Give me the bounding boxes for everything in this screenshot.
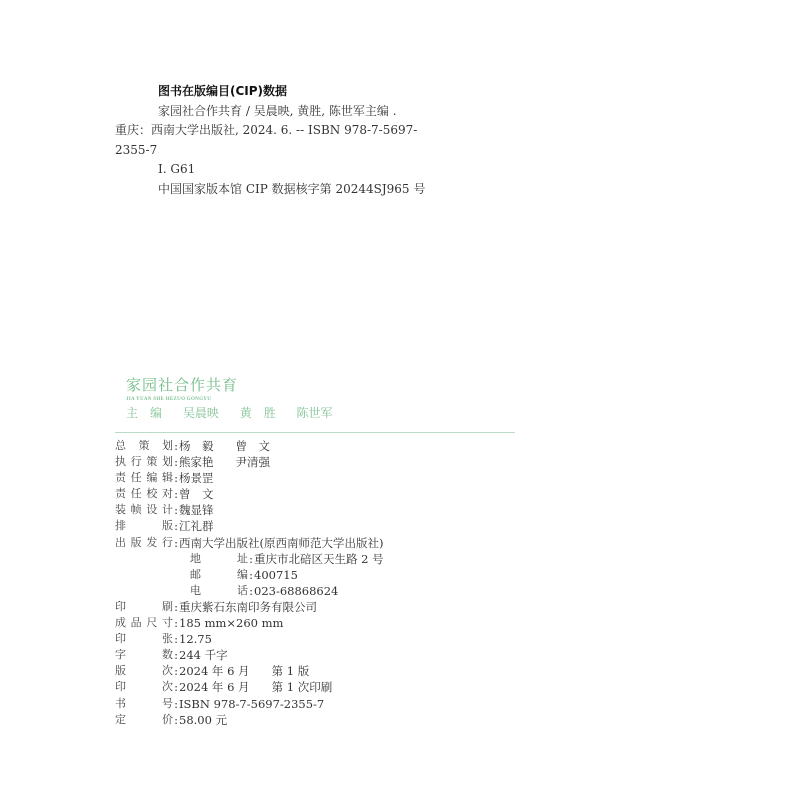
credit-value-item: 重庆紫石东南印务有限公司 <box>179 600 317 614</box>
editor-name: 黄 胜 <box>240 406 276 420</box>
credit-label-char: 号 <box>162 696 173 712</box>
credit-row: 出版发行:西南大学出版社(原西南师范大学出版社) <box>115 535 515 551</box>
credit-row: 印次:2024 年 6 月第 1 次印刷 <box>115 679 515 695</box>
credit-row: 地址:重庆市北碚区天生路 2 号 <box>115 551 515 567</box>
credit-label-char: 行 <box>131 454 142 470</box>
editor-name: 吴晨映 <box>183 406 219 420</box>
divider-line <box>115 432 515 433</box>
credit-value-item: 185 mm×260 mm <box>179 616 283 630</box>
credit-label-char: 尺 <box>146 615 157 631</box>
credit-label-char: 排 <box>115 518 126 534</box>
credit-label-char: 设 <box>146 502 157 518</box>
credit-label-char: 帧 <box>131 502 142 518</box>
credit-value: 244 千字 <box>179 647 228 663</box>
credit-row: 执行策划:熊家艳尹清强 <box>115 454 515 470</box>
credit-label-char: 电 <box>190 583 201 599</box>
credit-label-char: 邮 <box>190 567 201 583</box>
credit-row: 书号:ISBN 978-7-5697-2355-7 <box>115 696 515 712</box>
credit-row: 字数:244 千字 <box>115 647 515 663</box>
cip-publisher-line: 重庆：西南大学出版社, 2024. 6. -- ISBN 978-7-5697- <box>115 121 515 141</box>
credit-label: 印刷 <box>115 599 173 615</box>
credit-value: 023-68868624 <box>254 583 338 599</box>
credit-value: 2024 年 6 月第 1 版 <box>179 663 309 679</box>
credit-label-char: 版 <box>131 535 142 551</box>
credit-value: 江礼群 <box>179 518 214 534</box>
credit-value-item: 2024 年 6 月 <box>179 680 250 694</box>
editor-name: 陈世军 <box>297 406 333 420</box>
credit-row: 责任编辑:杨景罡 <box>115 470 515 486</box>
credit-value: 58.00 元 <box>179 712 227 728</box>
credit-value-item: 58.00 元 <box>179 713 227 727</box>
credit-value: 西南大学出版社(原西南师范大学出版社) <box>179 535 383 551</box>
credit-label: 出版发行 <box>115 535 173 551</box>
credit-value-item: 魏显锋 <box>179 503 214 517</box>
credit-label: 总策划 <box>115 438 173 454</box>
credit-row: 总策划:杨 毅曾 文 <box>115 438 515 454</box>
cip-data-block: 图书在版编目(CIP)数据 家园社合作共育 / 吴晨映, 黄胜, 陈世军主编 .… <box>115 82 515 199</box>
credit-value-item: 12.75 <box>179 632 212 646</box>
credit-label: 版次 <box>115 663 173 679</box>
credit-row: 版次:2024 年 6 月第 1 版 <box>115 663 515 679</box>
credit-label-char: 装 <box>115 502 126 518</box>
cip-title-line: 家园社合作共育 / 吴晨映, 黄胜, 陈世军主编 . <box>115 102 515 122</box>
credit-value-item: 第 1 次印刷 <box>272 680 333 694</box>
credit-label-char: 计 <box>162 502 173 518</box>
credit-row: 印张:12.75 <box>115 631 515 647</box>
credit-row: 成品尺寸:185 mm×260 mm <box>115 615 515 631</box>
credit-label-char: 地 <box>190 551 201 567</box>
credit-value-item: 第 1 版 <box>272 664 310 678</box>
credit-label-char: 版 <box>115 663 126 679</box>
cip-classification: Ⅰ. G61 <box>115 160 515 180</box>
credit-value-item: 244 千字 <box>179 648 228 662</box>
credit-label-char: 发 <box>146 535 157 551</box>
credits-list: 总策划:杨 毅曾 文执行策划:熊家艳尹清强责任编辑:杨景罡责任校对:曾 文装帧设… <box>115 438 515 728</box>
credit-label-char: 品 <box>131 615 142 631</box>
credit-value: 杨景罡 <box>179 470 214 486</box>
credit-label-char: 任 <box>131 470 142 486</box>
credit-label-char: 划 <box>162 438 173 454</box>
credit-label-char: 执 <box>115 454 126 470</box>
credit-row: 电话:023-68868624 <box>115 583 515 599</box>
editors-line: 主 编 吴晨映 黄 胜 陈世军 <box>126 404 526 422</box>
credit-value-item: 熊家艳 <box>179 455 214 469</box>
credit-label-char: 总 <box>115 438 126 454</box>
credit-row: 定价:58.00 元 <box>115 712 515 728</box>
credit-value-item: 江礼群 <box>179 519 214 533</box>
credit-label-char: 次 <box>162 679 173 695</box>
credit-label-char: 定 <box>115 712 126 728</box>
credit-value-item: 尹清强 <box>236 455 271 469</box>
credit-value-item: 2024 年 6 月 <box>179 664 250 678</box>
credit-label-char: 责 <box>115 470 126 486</box>
credit-label-char: 辑 <box>162 470 173 486</box>
credit-row: 印刷:重庆紫石东南印务有限公司 <box>115 599 515 615</box>
credit-row: 邮编:400715 <box>115 567 515 583</box>
credit-value: 曾 文 <box>179 486 214 502</box>
credit-label-char: 策 <box>146 454 157 470</box>
credit-label: 电话 <box>190 583 248 599</box>
credit-label-char: 书 <box>115 696 126 712</box>
credit-label-char: 印 <box>115 679 126 695</box>
credit-label-char: 印 <box>115 599 126 615</box>
credit-label: 装帧设计 <box>115 502 173 518</box>
credit-row: 责任校对:曾 文 <box>115 486 515 502</box>
credit-label-char: 出 <box>115 535 126 551</box>
credit-label-char: 行 <box>162 535 173 551</box>
credit-label-char: 寸 <box>162 615 173 631</box>
credit-value-item: 西南大学出版社(原西南师范大学出版社) <box>179 536 383 550</box>
book-title-block: 家园社合作共育 JIA YUAN SHE HEZUO GONGYU 主 编 吴晨… <box>126 375 526 422</box>
credit-label: 执行策划 <box>115 454 173 470</box>
credit-label: 定价 <box>115 712 173 728</box>
credit-value-item: 杨景罡 <box>179 471 214 485</box>
credit-label-char: 对 <box>162 486 173 502</box>
credit-value: ISBN 978-7-5697-2355-7 <box>179 696 324 712</box>
credit-value: 400715 <box>254 567 298 583</box>
credit-value-item: 023-68868624 <box>254 584 338 598</box>
credit-label: 排版 <box>115 518 173 534</box>
cip-isbn-continued: 2355-7 <box>115 141 515 161</box>
credit-label-char: 字 <box>115 647 126 663</box>
credit-value: 杨 毅曾 文 <box>179 438 270 454</box>
book-title: 家园社合作共育 <box>126 375 526 395</box>
cip-heading: 图书在版编目(CIP)数据 <box>115 82 515 102</box>
credit-label-char: 责 <box>115 486 126 502</box>
credit-row: 排版:江礼群 <box>115 518 515 534</box>
credit-label-char: 数 <box>162 647 173 663</box>
credit-label-char: 次 <box>162 663 173 679</box>
credit-label-char: 印 <box>115 631 126 647</box>
credit-value: 2024 年 6 月第 1 次印刷 <box>179 679 332 695</box>
credit-label-char: 编 <box>146 470 157 486</box>
editors-role: 主 编 <box>126 406 162 420</box>
credit-label-char: 址 <box>237 551 248 567</box>
credit-value: 魏显锋 <box>179 502 214 518</box>
credit-label-char: 版 <box>162 518 173 534</box>
credit-label-char: 划 <box>162 454 173 470</box>
credit-label-char: 策 <box>139 438 150 454</box>
book-title-pinyin: JIA YUAN SHE HEZUO GONGYU <box>126 395 526 404</box>
credit-value: 12.75 <box>179 631 212 647</box>
credit-label: 地址 <box>190 551 248 567</box>
credit-value-item: ISBN 978-7-5697-2355-7 <box>179 697 324 711</box>
credit-label: 印次 <box>115 679 173 695</box>
credit-label-char: 成 <box>115 615 126 631</box>
credit-label-char: 话 <box>237 583 248 599</box>
credit-label: 责任编辑 <box>115 470 173 486</box>
credit-value: 熊家艳尹清强 <box>179 454 270 470</box>
cip-record-number: 中国国家版本馆 CIP 数据核字第 20244SJ965 号 <box>115 180 515 200</box>
credit-value-item: 重庆市北碚区天生路 2 号 <box>254 552 384 566</box>
credit-value: 重庆紫石东南印务有限公司 <box>179 599 317 615</box>
credit-label-char: 刷 <box>162 599 173 615</box>
credit-label: 成品尺寸 <box>115 615 173 631</box>
credit-value-item: 曾 文 <box>179 487 214 501</box>
credit-label-char: 任 <box>131 486 142 502</box>
credit-value: 185 mm×260 mm <box>179 615 283 631</box>
credit-value: 重庆市北碚区天生路 2 号 <box>254 551 384 567</box>
credit-value-item: 曾 文 <box>236 439 271 453</box>
credit-label-char: 校 <box>146 486 157 502</box>
credit-label: 邮编 <box>190 567 248 583</box>
credit-label: 印张 <box>115 631 173 647</box>
credit-label-char: 编 <box>237 567 248 583</box>
credit-label: 书号 <box>115 696 173 712</box>
credit-value-item: 400715 <box>254 568 298 582</box>
credit-label: 责任校对 <box>115 486 173 502</box>
credit-label-char: 张 <box>162 631 173 647</box>
credit-label: 字数 <box>115 647 173 663</box>
credit-label-char: 价 <box>162 712 173 728</box>
credit-value-item: 杨 毅 <box>179 439 214 453</box>
credit-row: 装帧设计:魏显锋 <box>115 502 515 518</box>
